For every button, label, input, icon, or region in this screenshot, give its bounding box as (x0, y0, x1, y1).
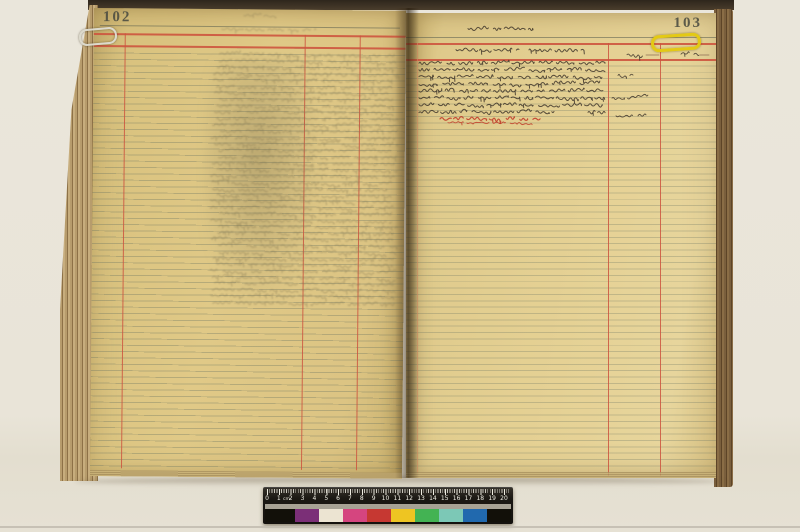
ruler-number: 16 (452, 495, 462, 503)
ruler-number: 7 (345, 495, 355, 503)
ruler-unit-label: cm (283, 497, 290, 502)
handwritten-entry (406, 13, 716, 478)
ruler-number: 19 (487, 495, 497, 503)
ruler-number: 6 (333, 495, 343, 503)
ruler-number: 9 (369, 495, 379, 503)
ruler-mm-ticks (267, 489, 509, 493)
show-through-handwriting (90, 8, 406, 479)
ruler-number: 17 (463, 495, 473, 503)
color-patch (415, 509, 439, 522)
color-patch (343, 509, 367, 522)
color-patch (463, 509, 487, 522)
right-page: 103 (406, 13, 716, 478)
ruler-number: 5 (321, 495, 331, 503)
ledger-photo: 102 103 01234567891011121314151617181920… (0, 0, 800, 532)
ruler-number: 0 (262, 495, 272, 503)
patch-black-left (265, 509, 295, 522)
right-page-stack-edge (714, 9, 733, 487)
ruler-number: 4 (309, 495, 319, 503)
ruler-number: 3 (298, 495, 308, 503)
calibration-ruler: 01234567891011121314151617181920cm (263, 487, 513, 524)
color-patch (295, 509, 319, 522)
background-seam (0, 526, 800, 528)
color-patch (391, 509, 415, 522)
ruler-number: 13 (416, 495, 426, 503)
ruler-number: 12 (404, 495, 414, 503)
color-patch (439, 509, 463, 522)
ruler-number: 10 (381, 495, 391, 503)
color-patch (319, 509, 343, 522)
ruler-number: 11 (392, 495, 402, 503)
book-gutter-shadow (395, 8, 419, 478)
ruler-number: 8 (357, 495, 367, 503)
left-page: 102 (90, 8, 406, 479)
ruler-number: 18 (475, 495, 485, 503)
page-bottom-edge (406, 472, 716, 478)
ruler-number: 14 (428, 495, 438, 503)
yellow-paper-clip-icon (650, 32, 701, 52)
ruler-number: 20 (499, 495, 509, 503)
patch-black-right (487, 509, 511, 522)
color-calibration-patches (265, 509, 511, 522)
color-patch (367, 509, 391, 522)
ruler-number: 15 (440, 495, 450, 503)
